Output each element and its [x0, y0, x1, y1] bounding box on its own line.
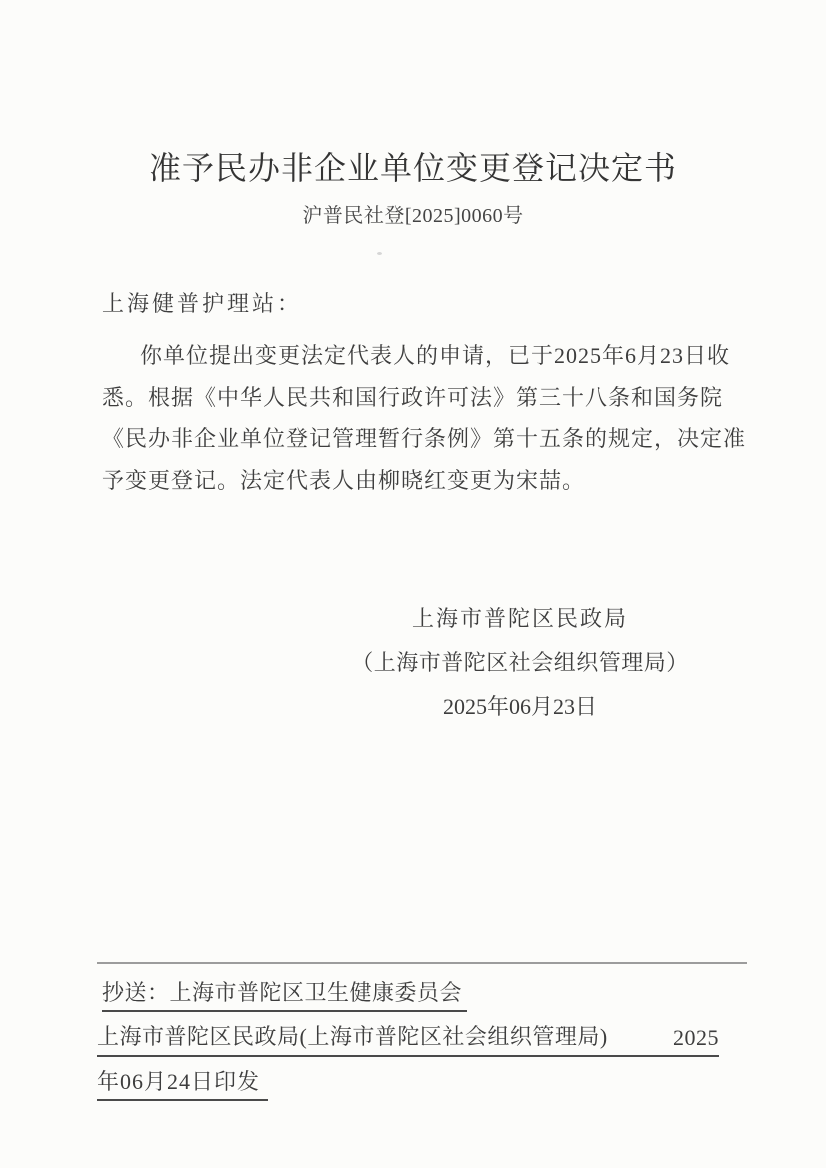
signature-block: 上海市普陀区民政局 （上海市普陀区社会组织管理局） 2025年06月23日: [340, 597, 700, 729]
signature-organization-alias: （上海市普陀区社会组织管理局）: [340, 641, 700, 685]
issue-date-year: 2025: [673, 1025, 719, 1051]
body-paragraph: 你单位提出变更法定代表人的申请，已于2025年6月23日收 悉。根据《中华人民共…: [102, 335, 742, 501]
salutation: 上海健普护理站：: [102, 287, 302, 318]
body-line: 悉。根据《中华人民共和国行政许可法》第三十八条和国务院: [102, 377, 742, 419]
document-number: 沪普民社登[2025]0060号: [0, 199, 826, 228]
body-line: 你单位提出变更法定代表人的申请，已于2025年6月23日收: [102, 335, 742, 377]
scanned-document-page: 准予民办非企业单位变更登记决定书 沪普民社登[2025]0060号 上海健普护理…: [0, 0, 826, 1168]
body-line: 予变更登记。法定代表人由柳晓红变更为宋喆。: [102, 460, 742, 502]
document-title: 准予民办非企业单位变更登记决定书: [0, 143, 826, 189]
body-line: 《民办非企业单位登记管理暂行条例》第十五条的规定，决定准: [102, 418, 742, 460]
issuer-organization: 上海市普陀区民政局(上海市普陀区社会组织管理局): [97, 1020, 608, 1051]
signature-date: 2025年06月23日: [340, 685, 700, 729]
signature-organization: 上海市普陀区民政局: [340, 597, 700, 641]
print-date-line: 年06月24日印发: [97, 1065, 268, 1101]
colophon-separator-rule: [97, 962, 747, 964]
issuer-line: 上海市普陀区民政局(上海市普陀区社会组织管理局) 2025: [97, 1020, 719, 1057]
scan-speck: [377, 252, 382, 255]
cc-line: 抄送：上海市普陀区卫生健康委员会: [102, 976, 467, 1012]
